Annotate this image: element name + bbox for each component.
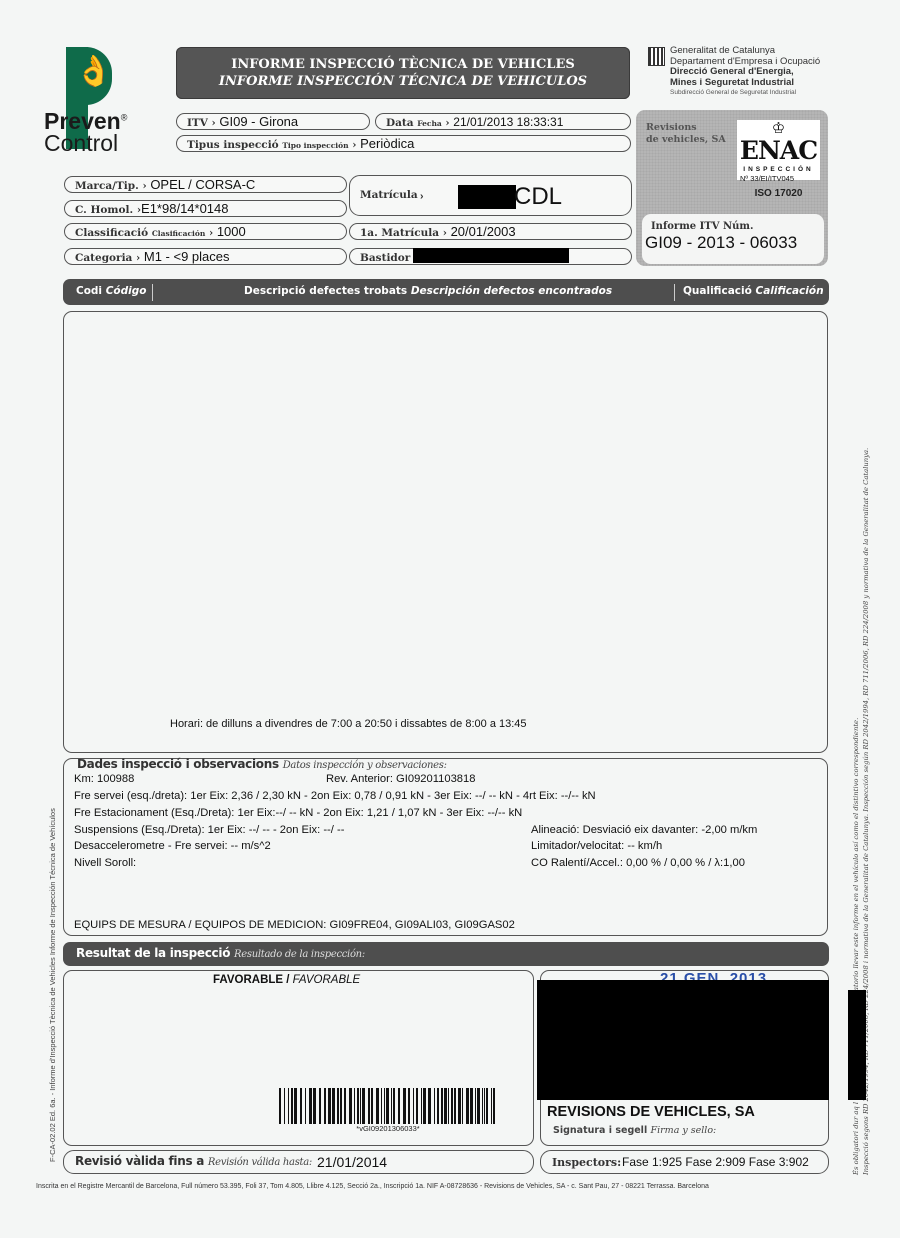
type-value: Periòdica (360, 136, 414, 151)
measuring-equipment: EQUIPS DE MESURA / EQUIPOS DE MEDICION: … (74, 919, 515, 931)
date-field: Data Fecha › 21/01/2013 18:33:31 (375, 113, 631, 130)
brand-line2: Control (44, 130, 118, 157)
brand-type-label: Marca/Tip. (75, 180, 139, 192)
first-registration-label: 1a. Matrícula (360, 227, 439, 239)
plate-arrow: › (420, 190, 424, 202)
plate-visible: CDL (514, 183, 562, 211)
category-label: Categoria (75, 252, 132, 264)
validity-label-ca: Revisió vàlida fins a (75, 1154, 204, 1168)
signing-company: REVISIONS DE VEHICLES, SA (547, 1104, 755, 1120)
inspectors-value: Fase 1:925 Fase 2:909 Fase 3:902 (622, 1155, 809, 1169)
homologation-value: E1*98/14*0148 (141, 201, 228, 216)
itv-label: ITV (187, 117, 208, 129)
category-value: M1 - <9 places (144, 249, 230, 264)
validity-label-es: Revisión válida hasta: (208, 1157, 312, 1168)
col-separator (674, 284, 675, 301)
brand-type-field: Marca/Tip. › OPEL / CORSA-C (64, 176, 347, 193)
col-description: Descripció defectes trobats Descripción … (244, 285, 612, 297)
chassis-label: Bastidor (360, 252, 410, 264)
type-sub: Tipo inspección (282, 141, 348, 150)
category-field: Categoria › M1 - <9 places (64, 248, 347, 265)
gencat-flag-icon (648, 47, 665, 66)
col-desc-es: Descripción defectos encontrados (411, 285, 612, 297)
result-value-es: FAVORABLE (293, 974, 361, 986)
parking-brake: Fre Estacionament (Esq./Dreta): 1er Eix:… (74, 807, 522, 819)
co-emissions: CO Ralentí/Accel.: 0,00 % / 0,00 % / λ:1… (531, 857, 745, 869)
classification-field: Classificació Clasificación › 1000 (64, 223, 347, 240)
col-qual-es: Calificación (755, 285, 823, 297)
result-value-ca: FAVORABLE (213, 974, 283, 986)
date-label: Data (386, 117, 414, 129)
observations-title: Dades inspecció i observacions Datos ins… (77, 757, 447, 771)
date-sub: Fecha (417, 119, 442, 128)
report-number-label: Informe ITV Núm. (651, 221, 753, 232)
col-code: Codi Código (76, 285, 146, 297)
observations-title-ca: Dades inspecció i observacions (77, 757, 279, 771)
homologation-label: C. Homol. (75, 204, 133, 216)
signature-label-es: Firma y sello: (651, 1125, 717, 1136)
result-value: FAVORABLE / FAVORABLE (213, 974, 360, 986)
itv-field: ITV › GI09 - Girona (176, 113, 370, 130)
first-registration-value: 20/01/2003 (451, 224, 516, 239)
itv-value: GI09 - Girona (219, 114, 298, 129)
result-title: Resultat de la inspecció Resultado de la… (76, 946, 365, 960)
signature-label: Signatura i segell Firma y sello: (553, 1125, 716, 1136)
suspensions: Suspensions (Esq./Dreta): 1er Eix: --/ -… (74, 824, 344, 836)
company-line2: de vehicles, SA (646, 134, 726, 146)
inspection-type-field: Tipus inspecció Tipo inspección › Periòd… (176, 135, 631, 152)
report-number: GI09 - 2013 - 06033 (645, 233, 797, 253)
barcode (277, 1088, 499, 1124)
schedule-text: Horari: de dilluns a divendres de 7:00 a… (170, 718, 527, 730)
col-separator (152, 284, 153, 301)
col-qual-ca: Qualificació (683, 285, 752, 297)
defects-header-bar: Codi Código Descripció defectes trobats … (63, 279, 829, 305)
col-qualification: Qualificació Calificación (683, 285, 824, 297)
brand-type-value: OPEL / CORSA-C (150, 177, 255, 192)
previous-revision: Rev. Anterior: GI09201103818 (326, 773, 475, 785)
title-banner: INFORME INSPECCIÓ TÈCNICA DE VEHICLES IN… (176, 47, 630, 99)
enac-inspeccion: INSPECCIÓN (737, 166, 820, 173)
enac-number: Nº 33/EI/ITV045 (740, 174, 794, 183)
gencat-line1: Generalitat de Catalunya (670, 46, 820, 57)
col-code-ca: Codi (76, 285, 102, 297)
type-label: Tipus inspecció (187, 139, 279, 151)
inspectors-label: Inspectors: (552, 1156, 621, 1169)
registered-mark: ® (121, 112, 128, 122)
legal-footer: Inscrita en el Registre Mercantil de Bar… (36, 1183, 709, 1190)
date-value: 21/01/2013 18:33:31 (453, 115, 563, 129)
gencat-block: Generalitat de Catalunya Departament d'E… (670, 46, 820, 99)
noise-level: Nivell Soroll: (74, 857, 136, 869)
classification-label: Classificació (75, 227, 148, 239)
classification-value: 1000 (217, 224, 246, 239)
date-stamp: 21 GEN. 2013 (660, 970, 767, 980)
ok-hand-p-icon: 👌 (74, 50, 114, 94)
alignment: Alineació: Desviació eix davanter: -2,00… (531, 824, 757, 836)
obligation-side-text: És obligatori dur aq l distintiu corresp… (852, 718, 860, 1175)
redacted-chassis (413, 248, 569, 263)
col-desc-ca: Descripció defectes trobats (244, 285, 407, 297)
validity-label: Revisió vàlida fins a Revisión válida ha… (75, 1154, 312, 1168)
homologation-field: C. Homol. ›E1*98/14*0148 (64, 200, 347, 217)
defects-list-area (63, 311, 828, 753)
gencat-line5: Subdirecció General de Seguretat Industr… (670, 88, 820, 99)
company-line1: Revisions (646, 122, 726, 134)
redacted-plate (458, 185, 516, 209)
speed-limiter: Limitador/velocitat: -- km/h (531, 840, 662, 852)
classification-sub: Clasificación (152, 229, 206, 238)
km-value: Km: 100988 (74, 773, 134, 785)
gencat-line3: Direcció General d'Energia, (670, 67, 820, 78)
iso-label: ISO 17020 (737, 188, 820, 199)
title-catalan: INFORME INSPECCIÓ TÈCNICA DE VEHICLES (176, 57, 630, 72)
plate-label: Matrícula (360, 188, 418, 203)
gencat-line4: Mines i Seguretat Industrial (670, 78, 820, 89)
decelerometer: Desaccelerometre - Fre servei: -- m/s^2 (74, 840, 271, 852)
signature-label-ca: Signatura i segell (553, 1125, 647, 1136)
form-code-side-text: F-CA-02.02 Ed. 6a. - Informe d'Inspecció… (48, 808, 57, 1162)
barcode-text: *vGI09201306033* (277, 1124, 499, 1133)
redacted-side-text (848, 990, 866, 1100)
company-mark: Revisions de vehicles, SA (646, 122, 726, 146)
redacted-signature (537, 980, 829, 1100)
observations-title-es: Datos inspección y observaciones: (283, 760, 447, 771)
first-registration-field: 1a. Matrícula › 20/01/2003 (349, 223, 632, 240)
result-title-ca: Resultat de la inspecció (76, 946, 230, 960)
result-title-es: Resultado de la inspección: (234, 949, 365, 960)
validity-date: 21/01/2014 (317, 1154, 387, 1170)
service-brake: Fre servei (esq./dreta): 1er Eix: 2,36 /… (74, 790, 596, 802)
result-header-bar: Resultat de la inspecció Resultado de la… (63, 942, 829, 966)
title-spanish: INFORME INSPECCIÓN TÉCNICA DE VEHICULOS (176, 74, 630, 89)
col-code-es: Código (106, 285, 147, 297)
enac-word: ENAC (737, 137, 820, 165)
